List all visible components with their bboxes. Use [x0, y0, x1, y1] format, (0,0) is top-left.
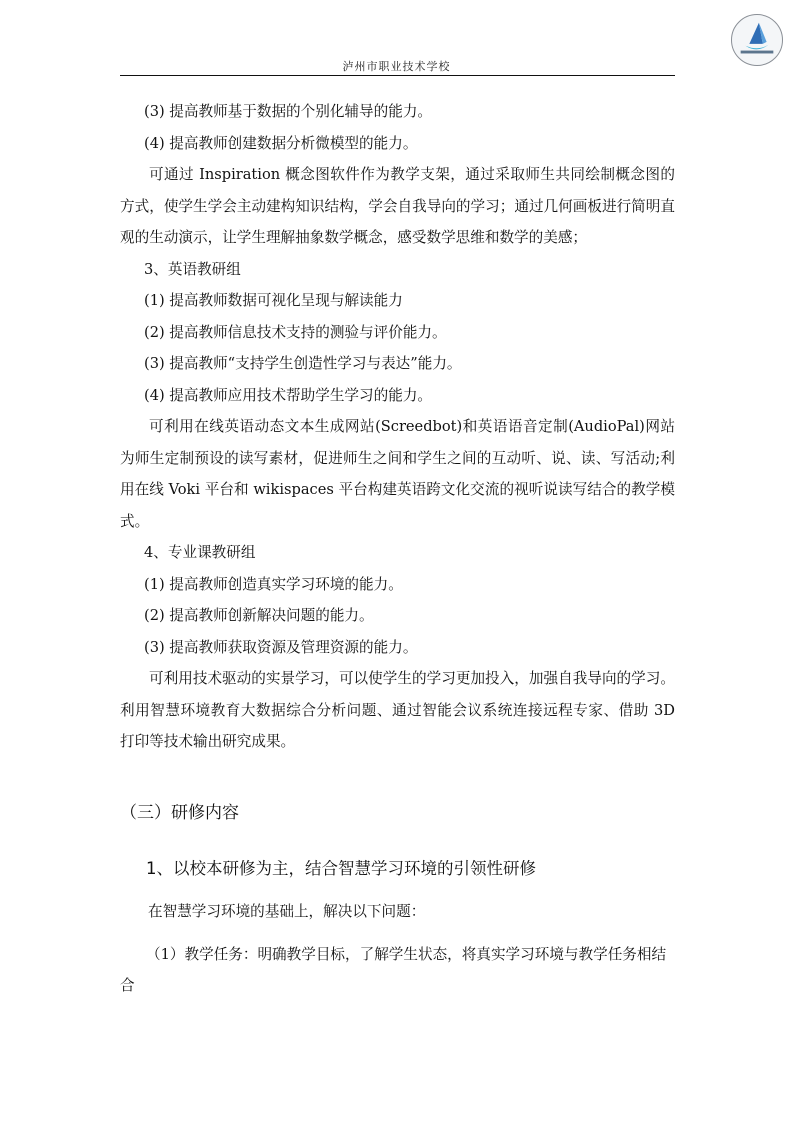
professional-item-2: (2) 提高教师创新解决问题的能力。	[120, 600, 675, 632]
professional-item-1: (1) 提高教师创造真实学习环境的能力。	[120, 569, 675, 601]
research-intro: 在智慧学习环境的基础上，解决以下问题：	[148, 900, 425, 921]
english-item-1: (1) 提高教师数据可视化呈现与解读能力	[120, 285, 675, 317]
english-heading: 3、英语教研组	[120, 254, 675, 286]
header-divider	[120, 75, 675, 76]
english-item-3: (3) 提高教师“支持学生创造性学习与表达”能力。	[120, 348, 675, 380]
english-item-2: (2) 提高教师信息技术支持的测验与评价能力。	[120, 317, 675, 349]
section-heading-research-content: （三）研修内容	[120, 798, 239, 823]
professional-item-3: (3) 提高教师获取资源及管理资源的能力。	[120, 632, 675, 664]
subsection-heading-school-based: 1、以校本研修为主，结合智慧学习环境的引领性研修	[146, 855, 536, 879]
document-body: (3) 提高教师基于数据的个别化辅导的能力。 (4) 提高教师创建数据分析微模型…	[120, 96, 675, 758]
english-paragraph: 可利用在线英语动态文本生成网站(Screedbot)和英语语音定制(AudioP…	[120, 411, 675, 537]
math-item-4: (4) 提高教师创建数据分析微模型的能力。	[120, 128, 675, 160]
math-paragraph: 可通过 Inspiration 概念图软件作为教学支架，通过采取师生共同绘制概念…	[120, 159, 675, 254]
math-item-3: (3) 提高教师基于数据的个别化辅导的能力。	[120, 96, 675, 128]
header-school-name: 泸州市职业技术学校	[0, 58, 793, 74]
english-item-4: (4) 提高教师应用技术帮助学生学习的能力。	[120, 380, 675, 412]
professional-paragraph: 可利用技术驱动的实景学习，可以使学生的学习更加投入，加强自我导向的学习。利用智慧…	[120, 663, 675, 758]
professional-heading: 4、专业课教研组	[120, 537, 675, 569]
research-task-1: （1）教学任务：明确教学目标，了解学生状态，将真实学习环境与教学任务相结合	[120, 939, 675, 1001]
